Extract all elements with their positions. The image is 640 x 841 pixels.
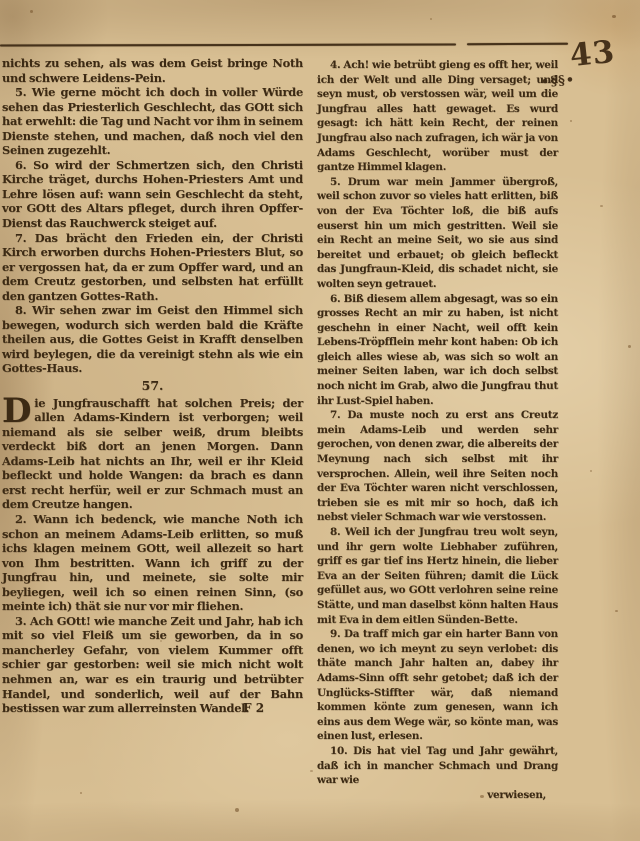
paper-speck xyxy=(480,795,484,798)
paragraph-57-1-text: ie Jungfrauschafft hat solchen Preis; de… xyxy=(2,396,303,512)
paper-speck xyxy=(612,15,616,18)
paper-speck xyxy=(80,792,82,794)
paragraph-57-9: 9. Da traff mich gar ein harter Bann von… xyxy=(317,627,558,744)
paper-speck xyxy=(570,120,572,122)
paper-speck xyxy=(430,18,432,20)
paragraph-6: 6. So wird der Schmertzen sich, den Chri… xyxy=(2,158,303,231)
paper-speck xyxy=(615,610,618,612)
catchword: verwiesen, xyxy=(317,788,558,803)
left-column: nichts zu sehen, als was dem Geist bring… xyxy=(2,56,303,716)
paragraph-57-5: 5. Drum war mein Jammer übergroß, weil s… xyxy=(317,175,558,292)
page-number: 43 xyxy=(568,34,617,75)
paragraph-8: 8. Wir sehen zwar im Geist den Himmel si… xyxy=(2,303,303,376)
header-rule-left xyxy=(0,44,456,47)
paragraph-continuation: nichts zu sehen, als was dem Geist bring… xyxy=(2,56,303,85)
paragraph-57-8: 8. Weil ich der Jungfrau treu wolt seyn,… xyxy=(317,525,558,627)
paragraph-7: 7. Das brächt den Frieden ein, der Chris… xyxy=(2,231,303,304)
section-heading: 57. xyxy=(2,379,303,394)
header-rule-right xyxy=(467,43,568,46)
paragraph-57-10: 10. Dis hat viel Tag und Jahr gewährt, d… xyxy=(317,744,558,788)
paragraph-57-6: 6. Biß diesem allem abgesagt, was so ein… xyxy=(317,292,558,409)
paragraph-57-7: 7. Da muste noch zu erst ans Creutz mein… xyxy=(317,408,558,525)
paragraph-57-2: 2. Wann ich bedenck, wie manche Noth ich… xyxy=(2,512,303,614)
paper-speck xyxy=(628,345,631,348)
paper-speck xyxy=(160,640,162,642)
right-column: 4. Ach! wie betrübt gieng es offt her, w… xyxy=(317,58,558,802)
paragraph-5: 5. Wie gerne möcht ich doch in voller Wü… xyxy=(2,85,303,158)
paper-speck xyxy=(590,470,592,472)
paragraph-57-1: Die Jungfrauschafft hat solchen Preis; d… xyxy=(2,396,303,512)
paper-speck xyxy=(310,770,313,772)
book-page-scan: 43 •§§• nichts zu sehen, als was dem Gei… xyxy=(0,0,640,841)
drop-cap: D xyxy=(2,396,34,424)
paper-speck xyxy=(600,205,603,207)
paper-speck xyxy=(235,808,239,812)
paragraph-57-4: 4. Ach! wie betrübt gieng es offt her, w… xyxy=(317,58,558,175)
paper-speck xyxy=(30,10,33,13)
paper-speck xyxy=(540,720,543,723)
